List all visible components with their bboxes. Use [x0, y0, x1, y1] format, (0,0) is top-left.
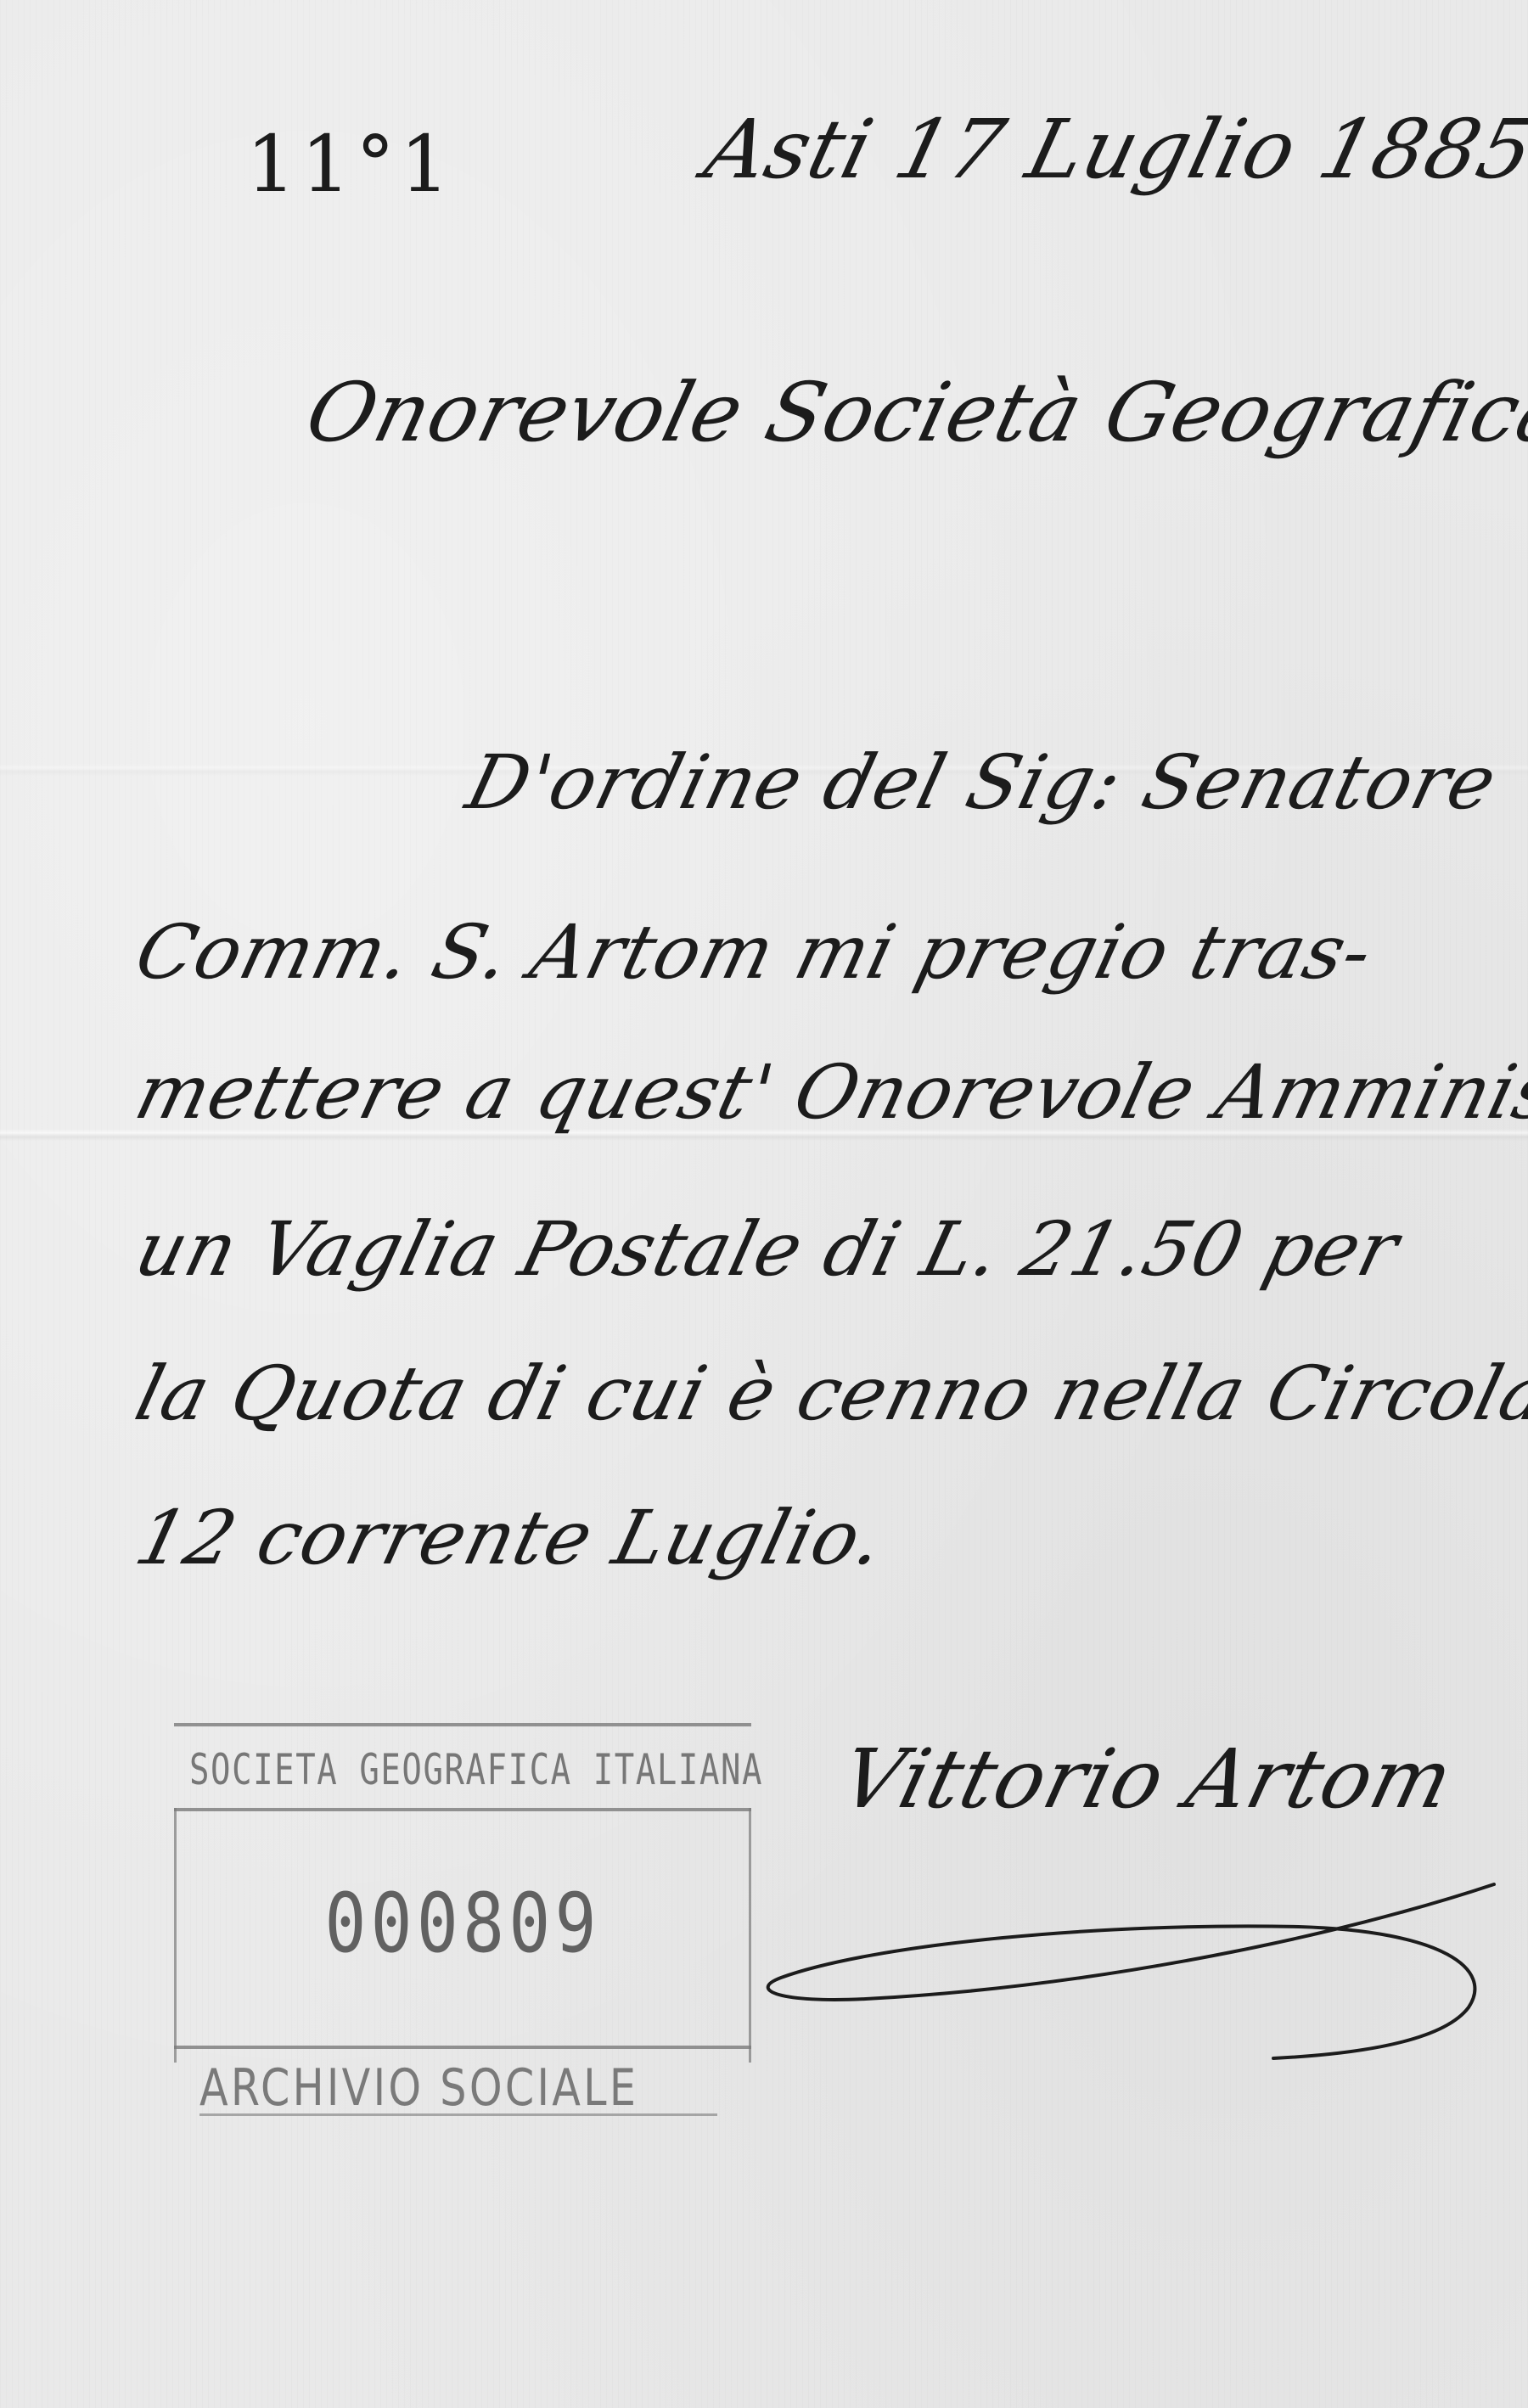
catalog-mark: 11°1 — [246, 119, 455, 210]
archive-stamp: SOCIETA GEOGRAFICA ITALIANA 000809 ARCHI… — [174, 1723, 751, 2105]
signature-flourish — [747, 1842, 1511, 2063]
body-line: la Quota di cui è cenno nella Circolare — [127, 1350, 1528, 1437]
stamp-border — [174, 1808, 177, 2063]
salutation: Onorevole Società Geografica Italiana, — [297, 365, 1528, 460]
stamp-number: 000809 — [217, 1876, 708, 1971]
stamp-rule — [174, 1808, 751, 1811]
stamp-header: SOCIETA GEOGRAFICA ITALIANA — [189, 1745, 621, 1794]
stamp-footer: ARCHIVIO SOCIALE — [199, 2058, 638, 2118]
stamp-rule — [174, 1723, 751, 1726]
dateline: Asti 17 Luglio 1885. — [696, 102, 1528, 197]
body-line: D'ordine del Sig: Senatore — [458, 738, 1506, 826]
stamp-rule — [174, 2046, 751, 2049]
signature: Vittorio Artom — [832, 1732, 1463, 1827]
body-line: mettere a quest' Onorevole Amministraz. — [127, 1048, 1528, 1136]
body-line: un Vaglia Postale di L. 21.50 per — [127, 1205, 1407, 1293]
body-line: 12 corrente Luglio. — [127, 1494, 893, 1581]
stamp-rule — [199, 2113, 717, 2116]
body-line: Comm. S. Artom mi pregio tras- — [127, 908, 1382, 996]
